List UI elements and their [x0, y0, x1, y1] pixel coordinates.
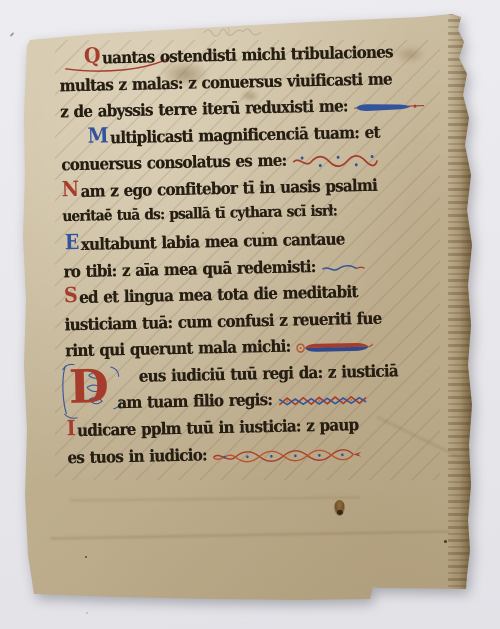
- text-line: conuersus consolatus es me:: [61, 148, 380, 179]
- line-filler-ornament: [277, 393, 369, 408]
- text-line: z de abyssis terre iterū reduxisti me:: [60, 94, 425, 126]
- text-line: S ed et lingua mea tota die meditabit: [64, 282, 358, 312]
- line-text: xultabunt labia mea cum cantaue: [80, 229, 344, 254]
- text-line: M ultiplicasti magnificenciā tuam: et: [87, 122, 379, 152]
- verse-initial: D: [68, 361, 109, 412]
- text-line: ueritaē tuā ds: psallā tī cythara scī is…: [62, 202, 337, 232]
- line-text: iusticiam tuā: cum confusi z reueriti fu…: [64, 308, 381, 334]
- line-text: am tuam filio regis:: [117, 390, 272, 413]
- verse-initial: S: [64, 287, 77, 306]
- line-filler-ornament: [353, 101, 425, 114]
- line-text: z de abyssis terre iterū reduxisti me:: [60, 96, 348, 122]
- line-filler-ornament: [212, 447, 364, 464]
- line-text: es tuos in iudicio:: [67, 445, 207, 468]
- line-filler-ornament: [295, 340, 373, 355]
- text-line: eus iudiciū tuū regi da: z iusticiā: [138, 361, 398, 391]
- line-text: am z ego confitebor tī in uasis psalmi: [80, 175, 377, 201]
- line-text: uantas ostendisti michi tribulaciones: [102, 42, 393, 68]
- verse-initial: Q: [84, 47, 100, 66]
- line-filler-ornament: [291, 154, 379, 169]
- line-text: ueritaē tuā ds: psallā tī cythara scī is…: [62, 202, 337, 225]
- verse-initial: N: [62, 181, 79, 200]
- text-block: Q uantas ostendisti michi tribulaciones …: [0, 0, 500, 629]
- leaf-shadow: Q uantas ostendisti michi tribulaciones …: [0, 0, 500, 629]
- text-line: E xultabunt labia mea cum cantaue: [65, 229, 345, 259]
- line-text: ultiplicasti magnificenciā tuam: et: [110, 122, 380, 147]
- line-text: ro tibi: z aīa mea quā redemisti:: [63, 257, 315, 282]
- photo-background: Q uantas ostendisti michi tribulaciones …: [0, 0, 500, 629]
- text-line: am tuam filio regis:: [117, 388, 369, 417]
- manuscript-leaf: Q uantas ostendisti michi tribulaciones …: [0, 0, 500, 629]
- text-line: Q uantas ostendisti michi tribulaciones: [84, 42, 393, 73]
- text-line: I udicare pplm tuū in iusticia: z paup: [67, 415, 359, 445]
- line-filler-ornament: [320, 263, 366, 274]
- line-text: eus iudiciū tuū regi da: z iusticiā: [138, 361, 397, 386]
- text-line: es tuos in iudicio:: [67, 442, 364, 472]
- verse-initial: E: [65, 234, 79, 253]
- verse-initial: M: [87, 127, 108, 146]
- line-text: ed et lingua mea tota die meditabit: [79, 282, 358, 308]
- line-text: rint qui querunt mala michi:: [65, 336, 291, 361]
- line-text: conuersus consolatus es me:: [61, 150, 286, 175]
- verse-initial: I: [67, 420, 76, 439]
